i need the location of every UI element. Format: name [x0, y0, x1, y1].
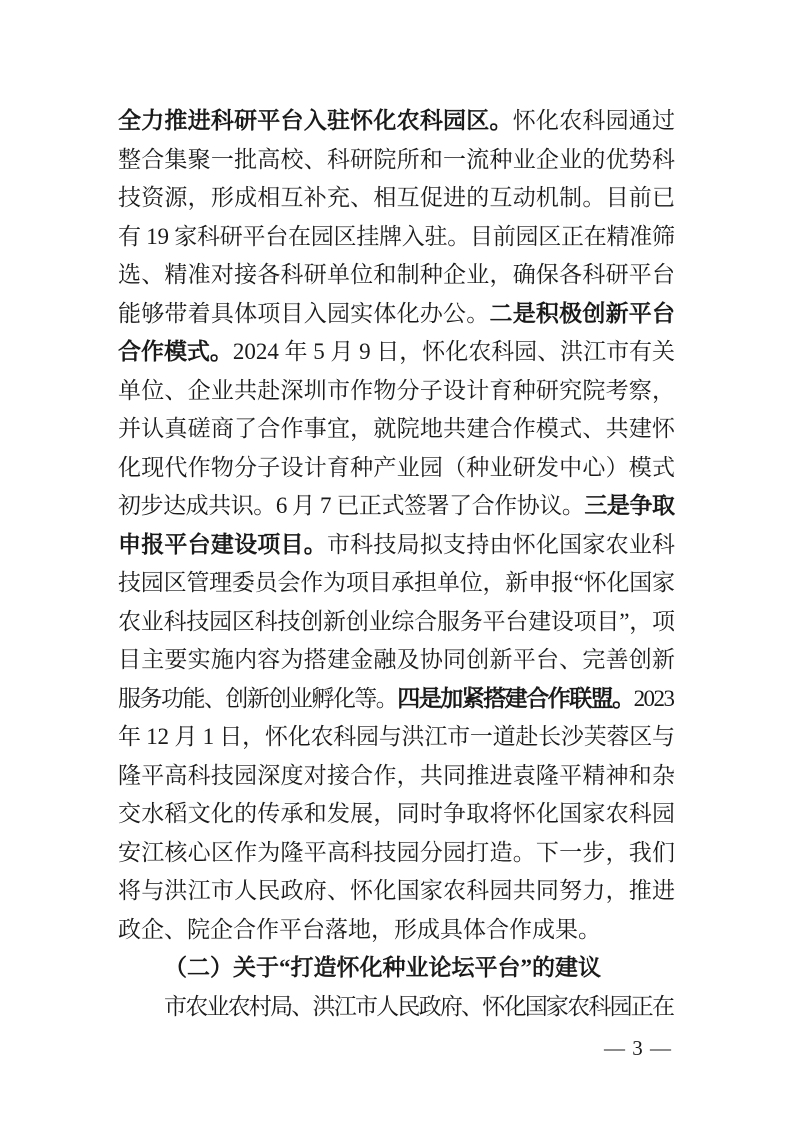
text-line: 有 19 家科研平台在园区挂牌入驻。目前园区正在精准筛 [118, 218, 675, 257]
text-segment: 2023 [634, 686, 674, 711]
text-line: 整合集聚一批高校、科研院所和一流种业企业的优势科 [118, 141, 675, 180]
text-segment: 安江核心区作为隆平高科技园分园打造。下一步，我们 [118, 840, 675, 865]
text-segment: 服务功能、创新创业孵化等。 [118, 686, 397, 711]
text-line: 农业科技园区科技创新创业综合服务平台建设项目”，项 [118, 603, 675, 642]
text-segment: 交水稻文化的传承和发展，同时争取将怀化国家农科园 [118, 801, 675, 826]
text-line: 市农业农村局、洪江市人民政府、怀化国家农科园正在 [118, 988, 675, 1027]
text-segment: 有 19 家科研平台在园区挂牌入驻。目前园区正在精准筛 [118, 224, 675, 249]
text-line: 全力推进科研平台入驻怀化农科园区。怀化农科园通过 [118, 102, 675, 141]
text-segment: 将与洪江市人民政府、怀化国家农科园共同努力，推进 [118, 878, 675, 903]
text-line: 并认真磋商了合作事宜，就院地共建合作模式、共建怀 [118, 410, 675, 449]
text-segment: 年 12 月 1 日，怀化农科园与洪江市一道赴长沙芙蓉区与 [118, 724, 675, 749]
text-segment: 2024 年 5 月 9 日，怀化农科园、洪江市有关 [233, 339, 675, 364]
text-segment: 隆平高科技园深度对接合作，共同推进袁隆平精神和杂 [118, 763, 675, 788]
document-page: 全力推进科研平台入驻怀化农科园区。怀化农科园通过整合集聚一批高校、科研院所和一流… [0, 0, 793, 1122]
text-line: 目主要实施内容为搭建金融及协同创新平台、完善创新 [118, 641, 675, 680]
text-line: 合作模式。2024 年 5 月 9 日，怀化农科园、洪江市有关 [118, 333, 675, 372]
section-heading: （二）关于“打造怀化种业论坛平台”的建议 [118, 949, 675, 988]
text-line: 单位、企业共赴深圳市作物分子设计育种研究院考察， [118, 372, 675, 411]
text-line: 技园区管理委员会作为项目承担单位，新申报“怀化国家 [118, 564, 675, 603]
text-line: 隆平高科技园深度对接合作，共同推进袁隆平精神和杂 [118, 757, 675, 796]
page-number: — 3 — [604, 1035, 672, 1061]
text-segment: 农业科技园区科技创新创业综合服务平台建设项目”，项 [118, 609, 675, 634]
bold-text-segment: 申报平台建设项目。 [118, 532, 327, 557]
bold-text-segment: 全力推进科研平台入驻怀化农科园区。 [118, 108, 513, 133]
text-line: 技资源，形成相互补充、相互促进的互动机制。目前已 [118, 179, 675, 218]
bold-text-segment: 合作模式。 [118, 339, 233, 364]
bold-text-segment: 三是争取 [584, 493, 674, 518]
text-segment: 选、精准对接各科研单位和制种企业，确保各科研平台 [118, 262, 675, 287]
text-line: 年 12 月 1 日，怀化农科园与洪江市一道赴长沙芙蓉区与 [118, 718, 675, 757]
text-segment: 整合集聚一批高校、科研院所和一流种业企业的优势科 [118, 147, 675, 172]
text-segment: 技园区管理委员会作为项目承担单位，新申报“怀化国家 [118, 570, 675, 595]
text-segment: 市科技局拟支持由怀化国家农业科 [327, 532, 675, 557]
text-segment: 市农业农村局、洪江市人民政府、怀化国家农科园正在 [164, 994, 673, 1019]
bold-text-segment: 二是积极创新平台 [489, 301, 675, 326]
text-line: 将与洪江市人民政府、怀化国家农科园共同努力，推进 [118, 872, 675, 911]
text-line: 初步达成共识。6 月 7 已正式签署了合作协议。三是争取 [118, 487, 675, 526]
text-line: 交水稻文化的传承和发展，同时争取将怀化国家农科园 [118, 795, 675, 834]
text-segment: 能够带着具体项目入园实体化办公。 [118, 301, 489, 326]
text-segment: 并认真磋商了合作事宜，就院地共建合作模式、共建怀 [118, 416, 675, 441]
text-line: 能够带着具体项目入园实体化办公。二是积极创新平台 [118, 295, 675, 334]
text-line: 安江核心区作为隆平高科技园分园打造。下一步，我们 [118, 834, 675, 873]
text-line: 服务功能、创新创业孵化等。四是加紧搭建合作联盟。2023 [118, 680, 675, 719]
document-body: 全力推进科研平台入驻怀化农科园区。怀化农科园通过整合集聚一批高校、科研院所和一流… [118, 102, 675, 1026]
text-segment: 政企、院企合作平台落地，形成具体合作成果。 [118, 917, 601, 942]
text-segment: 初步达成共识。6 月 7 已正式签署了合作协议。 [118, 493, 584, 518]
bold-text-segment: （二）关于“打造怀化种业论坛平台”的建议 [164, 955, 601, 980]
text-segment: 技资源，形成相互补充、相互促进的互动机制。目前已 [118, 185, 675, 210]
text-segment: 单位、企业共赴深圳市作物分子设计育种研究院考察， [118, 378, 675, 403]
text-line: 选、精准对接各科研单位和制种企业，确保各科研平台 [118, 256, 675, 295]
text-line: 政企、院企合作平台落地，形成具体合作成果。 [118, 911, 675, 950]
text-segment: 目主要实施内容为搭建金融及协同创新平台、完善创新 [118, 647, 675, 672]
text-segment: 化现代作物分子设计育种产业园（种业研发中心）模式 [118, 455, 675, 480]
text-line: 化现代作物分子设计育种产业园（种业研发中心）模式 [118, 449, 675, 488]
bold-text-segment: 四是加紧搭建合作联盟。 [397, 686, 633, 711]
text-line: 申报平台建设项目。市科技局拟支持由怀化国家农业科 [118, 526, 675, 565]
text-segment: 怀化农科园通过 [513, 108, 676, 133]
